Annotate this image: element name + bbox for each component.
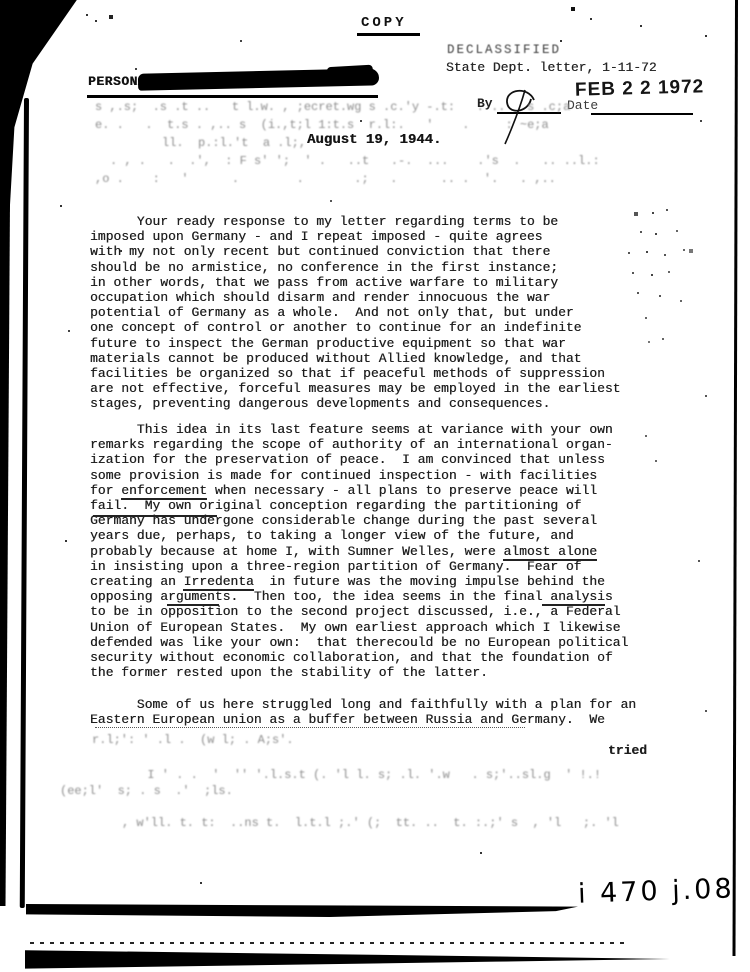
faint-address-line: ,o . : ' . . .; . .. . '. . ,.. — [95, 172, 556, 186]
scan-bottom-wedge-artifact — [25, 948, 670, 970]
scan-bottom-dotted-line — [30, 942, 630, 944]
body-paragraph-2: This idea in its last feature seems at v… — [90, 422, 628, 680]
faint-footer-line: I ' . . ' '' '.l.s.t (. 'l l. s; .l. '.w… — [133, 768, 601, 782]
letter-dateline: August 19, 1944. — [307, 132, 441, 148]
scan-edge-strip-left-inner — [20, 98, 29, 908]
faint-address-line: . , . . .', : F s' '; ' . ..t .-. ... .'… — [110, 154, 600, 168]
faint-address-line: ll. p.:l.'t a .l;, — [162, 136, 306, 150]
pencil-underline-arguments — [167, 604, 219, 606]
stamp-date-value: FEB 2 2 1972 — [575, 76, 705, 101]
declassifier-signature — [494, 84, 552, 146]
scan-corner-artifact — [0, 0, 96, 212]
faint-footer-line: r.l;': ' .l . (w l; . A;s'. — [92, 733, 294, 747]
faint-footer-line: (ee;l' s; . s .' ;ls. — [60, 784, 233, 798]
declassified-stamp-line2: State Dept. letter, 1-11-72 — [446, 60, 657, 75]
body-paragraph-3: Some of us here struggled long and faith… — [90, 697, 636, 727]
pencil-underline-enforcement — [121, 498, 207, 500]
pencil-underline-eastern-union — [95, 727, 525, 728]
pencil-underline-analysis — [542, 604, 605, 606]
pencil-underline-irredenta — [183, 589, 254, 591]
faint-address-line: s ,.s; .s .t .. t l.w. , ;ecret.wg s .c.… — [95, 100, 570, 114]
pencil-underline-almost-alone — [503, 559, 597, 561]
scanned-letter-page: COPY DECLASSIFIED State Dept. letter, 1-… — [0, 0, 750, 972]
body-word-tried: tried — [608, 743, 647, 758]
scan-edge-strip-right — [732, 0, 738, 956]
scan-bottom-bar-artifact — [26, 904, 578, 917]
faint-footer-line: , w'll. t. t: ..ns t. l.t.l ;.' (; tt. .… — [122, 816, 619, 830]
scan-noise-speckles-2 — [0, 0, 2, 2]
redaction-bar — [138, 68, 379, 90]
classification-underline — [87, 95, 378, 98]
copy-heading: COPY — [361, 15, 407, 31]
handwritten-catalog-number: i 470 j.08 — [578, 873, 736, 909]
pencil-underline-fail — [93, 515, 217, 517]
faint-address-line: e. . . t.s . ,.. s (i.,t;l 1:t.s r.l:. '… — [95, 118, 549, 132]
body-paragraph-1: Your ready response to my letter regardi… — [90, 214, 621, 412]
copy-heading-underline — [357, 33, 420, 36]
declassified-stamp-line1: DECLASSIFIED — [447, 43, 561, 57]
stamp-date-underline — [591, 113, 693, 115]
scan-edge-strip-left-outer — [0, 200, 10, 906]
